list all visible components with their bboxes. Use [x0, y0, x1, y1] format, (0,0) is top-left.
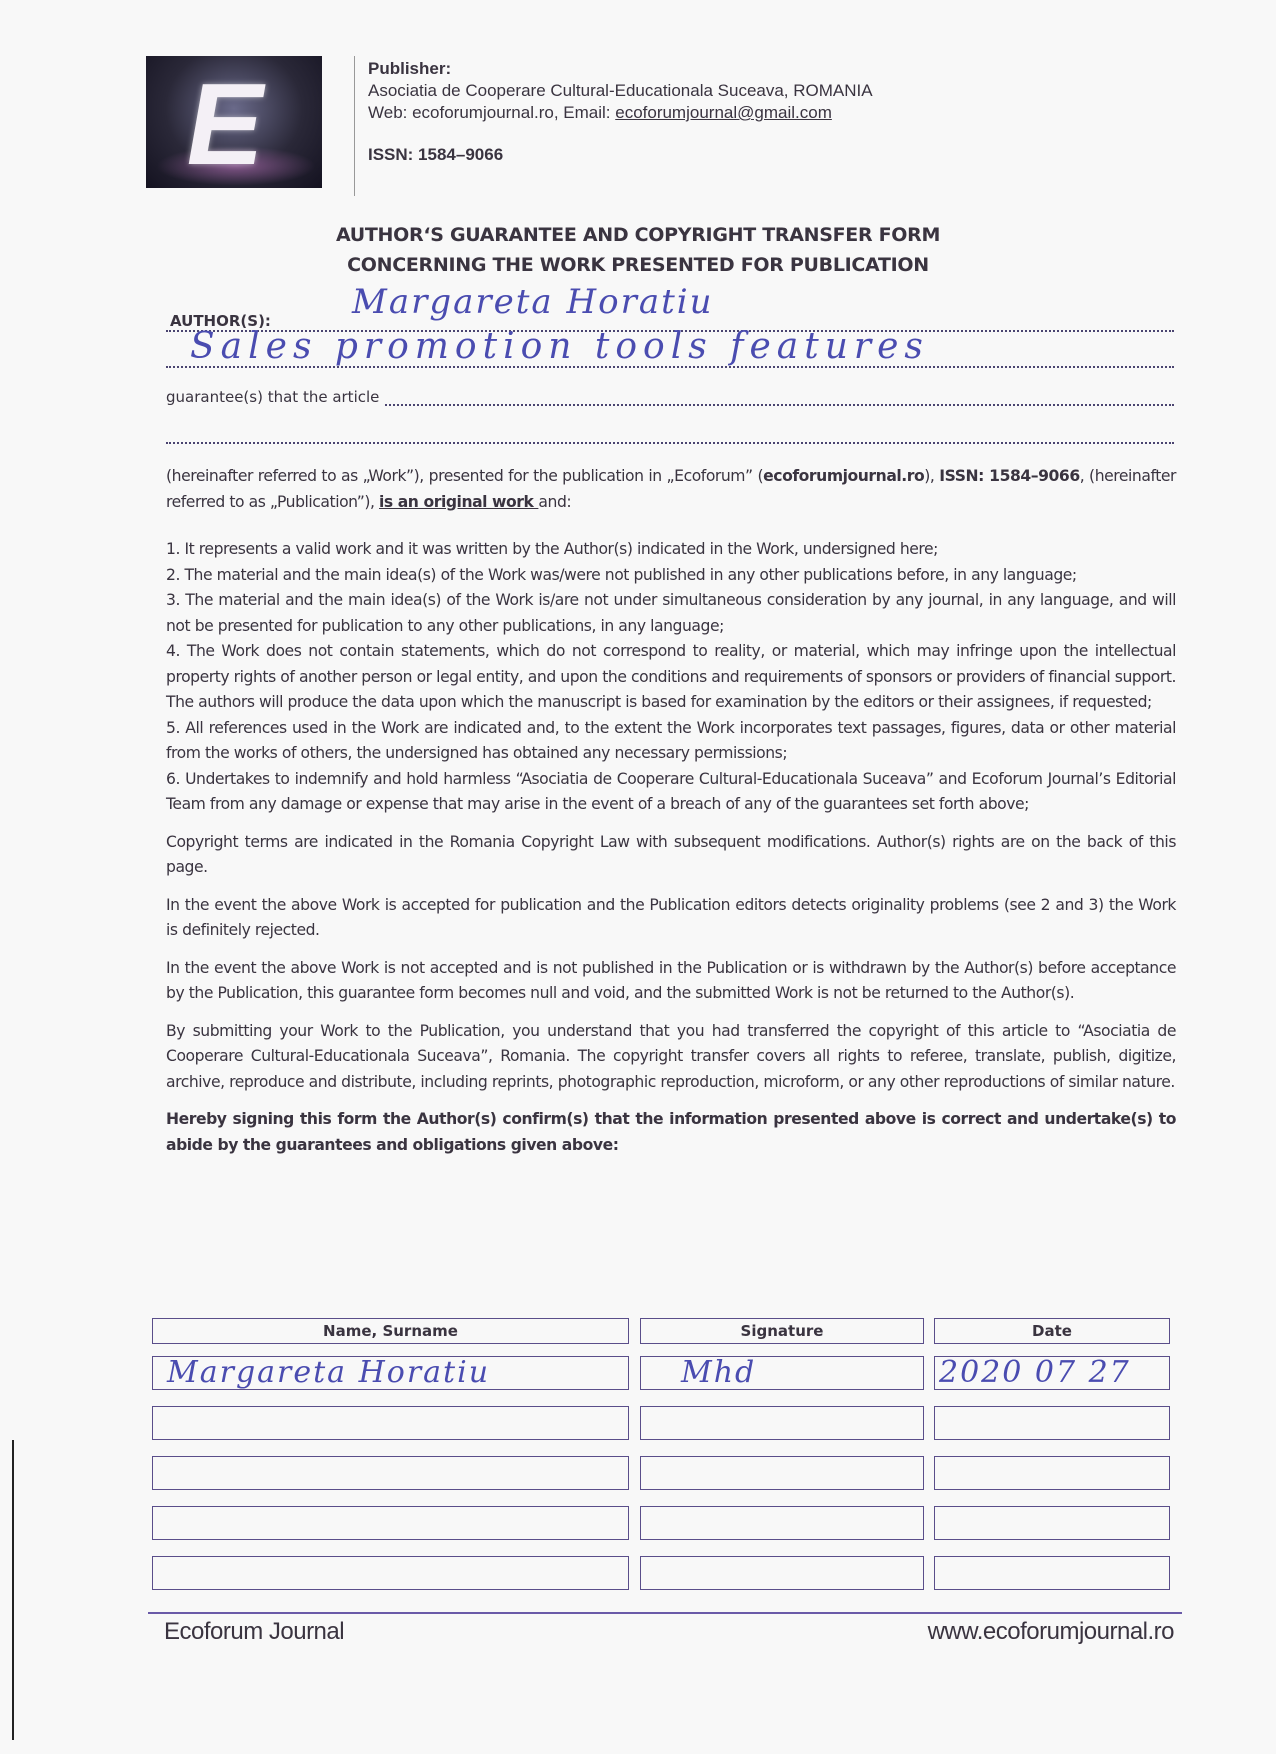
signature-cell[interactable]: Mhd: [640, 1356, 924, 1390]
signature-cell[interactable]: [640, 1456, 924, 1490]
title-line-2: CONCERNING THE WORK PRESENTED FOR PUBLIC…: [0, 250, 1276, 280]
email-link[interactable]: ecoforumjournal@gmail.com: [615, 103, 832, 122]
name-cell[interactable]: Margareta Horatiu: [152, 1356, 629, 1390]
signature-cell[interactable]: [640, 1506, 924, 1540]
intro-paragraph: (hereinafter referred to as „Work”), pre…: [166, 464, 1176, 515]
title-line-1: AUTHOR‘S GUARANTEE AND COPYRIGHT TRANSFE…: [0, 220, 1276, 250]
article-handwriting: Sales promotion tools features: [190, 326, 929, 367]
clause-item: 5. All references used in the Work are i…: [166, 716, 1176, 767]
name-cell[interactable]: [152, 1506, 629, 1540]
date-cell[interactable]: [934, 1556, 1170, 1590]
name-handwriting: Margareta Horatiu: [153, 1357, 628, 1389]
publisher-contact: Web: ecoforumjournal.ro, Email: ecoforum…: [368, 102, 873, 124]
header-divider: [354, 56, 355, 196]
clause-item: 2. The material and the main idea(s) of …: [166, 563, 1176, 589]
rejection-paragraph: In the event the above Work is accepted …: [166, 893, 1176, 944]
footer-website-link[interactable]: www.ecoforumjournal.ro: [928, 1618, 1174, 1646]
publisher-label: Publisher:: [368, 58, 873, 80]
ecoforum-logo: E: [146, 56, 322, 188]
clause-item: 1. It represents a valid work and it was…: [166, 537, 1176, 563]
header-name: Name, Surname: [152, 1318, 629, 1344]
article-line-3[interactable]: [166, 442, 1174, 444]
guarantee-label: guarantee(s) that the article: [166, 388, 383, 406]
name-cell[interactable]: [152, 1556, 629, 1590]
header-date: Date: [934, 1318, 1170, 1344]
withdrawal-paragraph: In the event the above Work is not accep…: [166, 956, 1176, 1007]
clause-item: 4. The Work does not contain statements,…: [166, 639, 1176, 716]
clause-list: 1. It represents a valid work and it was…: [166, 537, 1176, 818]
issn: ISSN: 1584–9066: [368, 144, 873, 166]
clause-item: 3. The material and the main idea(s) of …: [166, 588, 1176, 639]
name-cell[interactable]: [152, 1406, 629, 1440]
date-cell[interactable]: [934, 1406, 1170, 1440]
web-text: Web: ecoforumjournal.ro, Email:: [368, 103, 615, 122]
date-cell[interactable]: [934, 1506, 1170, 1540]
document-body: (hereinafter referred to as „Work”), pre…: [166, 464, 1176, 1158]
authors-handwriting: Margareta Horatiu: [352, 282, 714, 322]
form-title: AUTHOR‘S GUARANTEE AND COPYRIGHT TRANSFE…: [0, 220, 1276, 280]
scan-edge-line: [12, 1440, 14, 1740]
publisher-name: Asociatia de Cooperare Cultural-Educatio…: [368, 80, 873, 102]
date-cell[interactable]: 2020 07 27: [934, 1356, 1170, 1390]
footer-divider: [148, 1612, 1182, 1614]
signature-handwriting: Mhd: [641, 1357, 923, 1389]
clause-item: 6. Undertakes to indemnify and hold harm…: [166, 767, 1176, 818]
publisher-block: Publisher: Asociatia de Cooperare Cultur…: [368, 58, 873, 166]
transfer-paragraph: By submitting your Work to the Publicati…: [166, 1019, 1176, 1096]
date-handwriting: 2020 07 27: [935, 1357, 1169, 1389]
footer-journal-name: Ecoforum Journal: [164, 1618, 344, 1646]
signature-cell[interactable]: [640, 1406, 924, 1440]
confirmation-paragraph: Hereby signing this form the Author(s) c…: [166, 1107, 1176, 1158]
copyright-paragraph: Copyright terms are indicated in the Rom…: [166, 830, 1176, 881]
date-cell[interactable]: [934, 1456, 1170, 1490]
header-signature: Signature: [640, 1318, 924, 1344]
name-cell[interactable]: [152, 1456, 629, 1490]
signature-cell[interactable]: [640, 1556, 924, 1590]
